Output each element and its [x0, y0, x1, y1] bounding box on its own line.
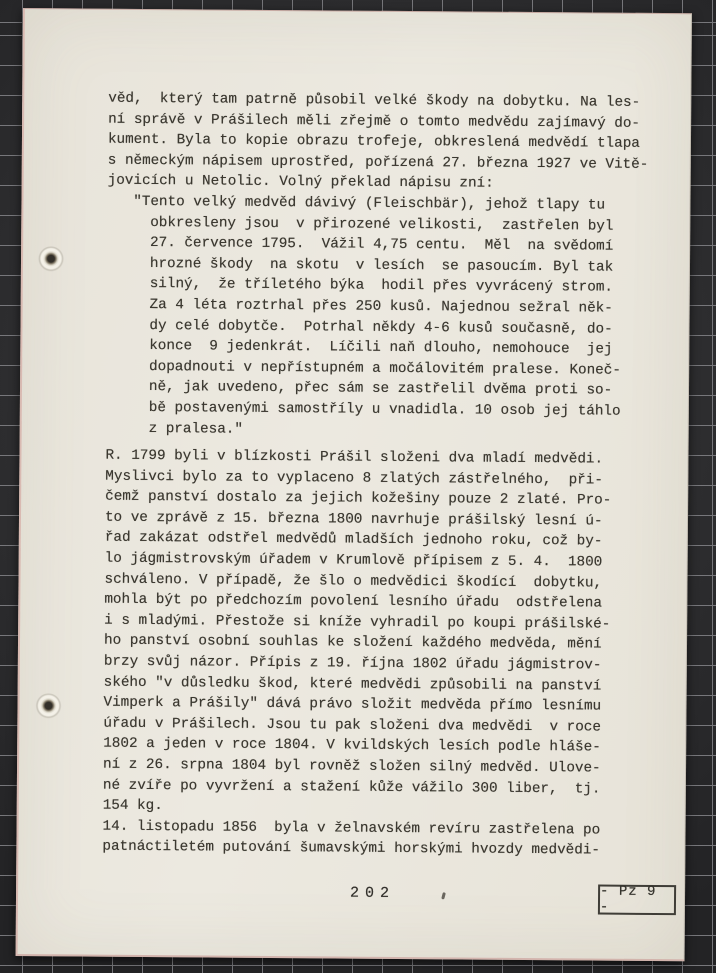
reference-stamp-box: - Pz 9 - [598, 885, 676, 916]
page-number: 202 [350, 885, 395, 902]
punch-hole-top-icon [38, 246, 64, 272]
ink-speck [441, 892, 446, 900]
paragraph-history: R. 1799 byli v blízkosti Prášil složeni … [102, 446, 665, 862]
punch-hole-bottom-icon [35, 693, 61, 719]
quoted-inscription-translation: "Tento velký medvěd dávivý (Fleischbär),… [106, 192, 668, 444]
paragraph-continuation: věd, který tam patrně působil velké škod… [108, 89, 669, 196]
reference-stamp-label: - Pz 9 - [600, 884, 674, 917]
typewritten-text: věd, který tam patrně působil velké škod… [102, 89, 668, 862]
photo-backdrop: { "document": { "para1": "věd, který tam… [0, 0, 716, 973]
document-page: věd, který tam patrně působil velké škod… [16, 8, 692, 961]
